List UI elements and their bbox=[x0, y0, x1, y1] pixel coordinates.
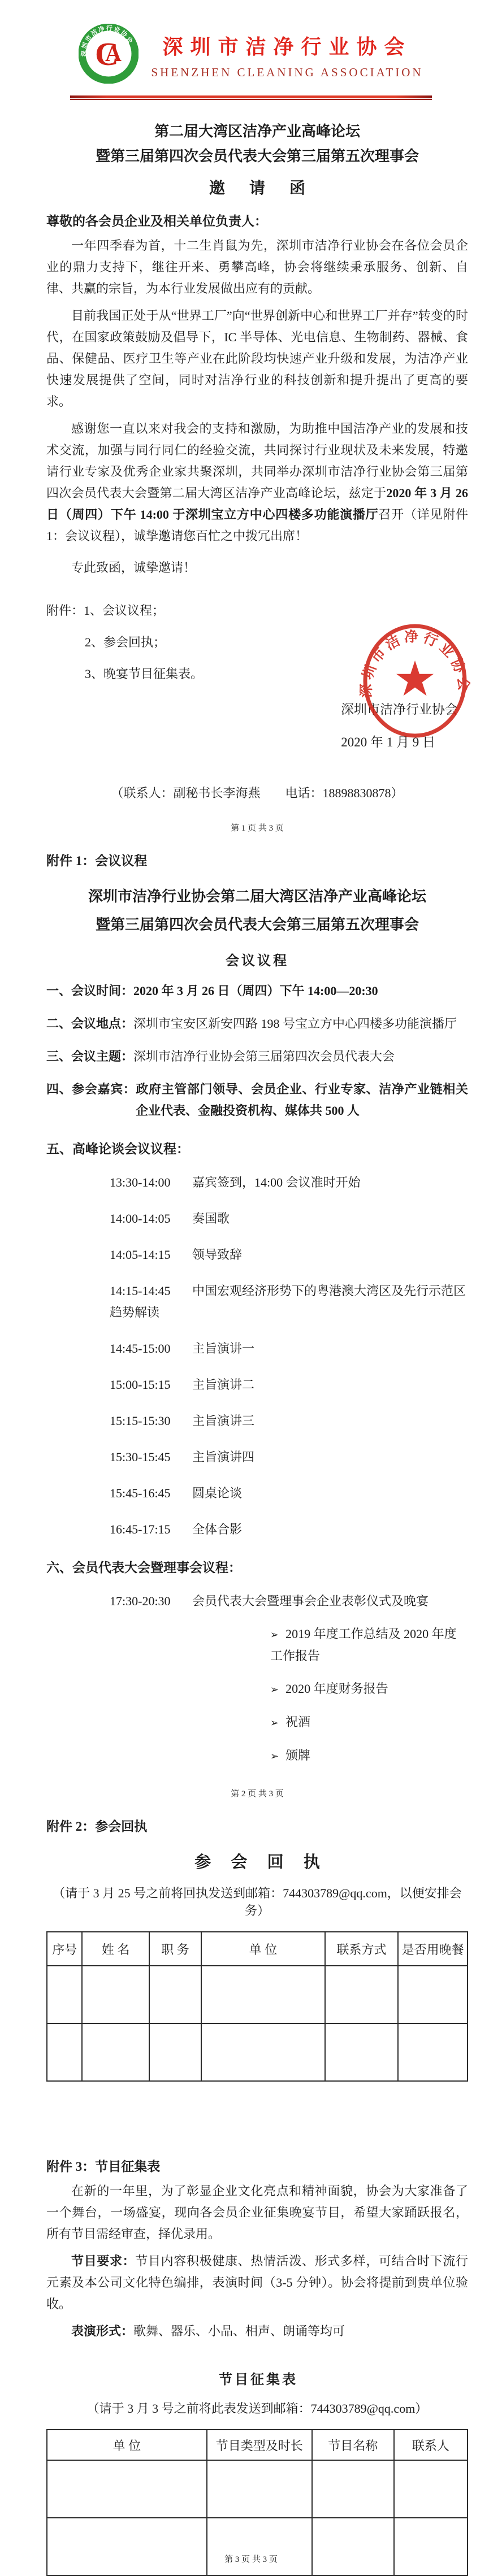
assembly-bullet-item: ➢2020 年度财务报告 bbox=[270, 1678, 468, 1700]
program-intro: 在新的一年里，为了彰显企业文化亮点和精神面貌，协会为大家准备了一个舞台，一场盛宴… bbox=[46, 2180, 468, 2245]
schedule-time: 13:30-14:00 bbox=[110, 1172, 192, 1193]
schedule-time: 14:05-14:15 bbox=[110, 1244, 192, 1266]
column-header: 联系方式 bbox=[325, 1932, 398, 1966]
program-style-label: 表演形式： bbox=[71, 2324, 133, 2338]
empty-cell bbox=[398, 2023, 468, 2081]
agenda-item2-text: 深圳市宝安区新安四路 198 号宝立方中心四楼多功能演播厅 bbox=[133, 1017, 457, 1031]
schedule-time: 14:45-15:00 bbox=[110, 1338, 192, 1359]
empty-cell bbox=[47, 1966, 82, 2023]
agenda-item-time: 一、会议时间：2020 年 3 月 26 日（周四）下午 14:00—20:30 bbox=[46, 980, 468, 1002]
schedule-time: 15:45-16:45 bbox=[110, 1483, 192, 1504]
table-row bbox=[47, 2518, 468, 2575]
agenda-item3-label: 三、会议主题： bbox=[46, 1049, 133, 1063]
column-header: 是否用晚餐 bbox=[398, 1932, 468, 1966]
bullet-text: 颁牌 bbox=[285, 1748, 310, 1762]
empty-cell bbox=[394, 2518, 468, 2575]
empty-cell bbox=[325, 2023, 398, 2081]
attachment-item-3: 3、晚宴节目征集表。 bbox=[46, 658, 468, 690]
schedule-row: 14:45-15:00主旨演讲一 bbox=[110, 1338, 468, 1359]
letter-title-line1: 第二届大湾区洁净产业高峰论坛 bbox=[46, 119, 468, 144]
table-header-row: 单 位 节目类型及时长 节目名称 联系人 bbox=[47, 2430, 468, 2460]
column-header: 单 位 bbox=[201, 1932, 325, 1966]
agenda-item-venue: 二、会议地点：深圳市宝安区新安四路 198 号宝立方中心四楼多功能演播厅 bbox=[46, 1013, 468, 1035]
agenda-item1-label: 一、会议时间： bbox=[46, 984, 133, 998]
forum-schedule-heading: 五、高峰论谈会议议程： bbox=[46, 1139, 468, 1157]
schedule-row: 16:45-17:15全体合影 bbox=[110, 1519, 468, 1540]
schedule-row: 13:30-14:00嘉宾签到，14:00 会议准时开始 bbox=[110, 1172, 468, 1193]
assembly-bullet-item: ➢2019 年度工作总结及 2020 年度工作报告 bbox=[270, 1623, 468, 1667]
schedule-time: 17:30-20:30 bbox=[110, 1591, 192, 1612]
column-header: 职 务 bbox=[149, 1932, 201, 1966]
signature-org: 深圳市洁净行业协会 bbox=[46, 693, 458, 726]
signature-date: 2020 年 1 月 9 日 bbox=[46, 726, 435, 759]
program-requirement-label: 节目要求： bbox=[71, 2254, 135, 2268]
invitation-document-page: 深圳市洁净行业协会 SHENZHEN CLEANING ASSOCIATION … bbox=[0, 0, 502, 2576]
schedule-event: 主旨演讲一 bbox=[192, 1341, 254, 1356]
column-header: 姓 名 bbox=[82, 1932, 149, 1966]
logo-monogram-a: A bbox=[105, 41, 122, 66]
agenda-title: 深圳市洁净行业协会第二届大湾区洁净产业高峰论坛 暨第三届第四次会员代表大会第三届… bbox=[46, 883, 468, 939]
empty-cell bbox=[149, 1966, 201, 2023]
assembly-bullet-item: ➢颁牌 bbox=[270, 1745, 468, 1767]
assembly-schedule-heading: 六、会员代表大会暨理事会议程： bbox=[46, 1557, 468, 1576]
table-row bbox=[47, 2023, 468, 2081]
schedule-row: 15:15-15:30主旨演讲三 bbox=[110, 1410, 468, 1432]
schedule-event: 主旨演讲三 bbox=[192, 1414, 254, 1428]
schedule-row: 17:30-20:30会员代表大会暨理事会企业表彰仪式及晚宴 bbox=[110, 1591, 468, 1612]
program-form-title: 节目征集表 bbox=[46, 2368, 468, 2388]
schedule-event: 领导致辞 bbox=[192, 1248, 242, 1262]
schedule-time: 14:00-14:05 bbox=[110, 1208, 192, 1230]
salutation: 尊敬的各会员企业及相关单位负责人： bbox=[46, 211, 468, 229]
empty-cell bbox=[394, 2460, 468, 2518]
schedule-time: 15:30-15:45 bbox=[110, 1446, 192, 1468]
table-row bbox=[47, 1966, 468, 2023]
attachment2-heading: 附件 2：参会回执 bbox=[46, 1816, 468, 1835]
document-body: 第二届大湾区洁净产业高峰论坛 暨第三届第四次会员代表大会第三届第五次理事会 邀 … bbox=[0, 119, 502, 2576]
reply-form-table: 序号 姓 名 职 务 单 位 联系方式 是否用晚餐 bbox=[46, 1931, 468, 2082]
attachment-1-text: 1、会议议程； bbox=[84, 603, 165, 618]
column-header: 序号 bbox=[47, 1932, 82, 1966]
association-logo: 深圳市洁净行业协会 SHENZHEN CLEANING ASSOCIATION … bbox=[79, 24, 139, 86]
schedule-event: 圆桌论谈 bbox=[192, 1486, 242, 1500]
empty-cell bbox=[398, 1966, 468, 2023]
empty-cell bbox=[82, 2023, 149, 2081]
agenda-title-line1: 深圳市洁净行业协会第二届大湾区洁净产业高峰论坛 bbox=[46, 883, 468, 911]
program-form-note: （请于 3 月 3 号之前将此表发送到邮箱：744303789@qq.com） bbox=[46, 2399, 468, 2417]
schedule-event: 会员代表大会暨理事会企业表彰仪式及晚宴 bbox=[192, 1594, 429, 1608]
schedule-row: 15:00-15:15主旨演讲二 bbox=[110, 1374, 468, 1396]
association-logo-icon: 深圳市洁净行业协会 SHENZHEN CLEANING ASSOCIATION … bbox=[79, 24, 139, 84]
agenda-subtitle: 会议议程 bbox=[46, 949, 468, 969]
letterhead: 深圳市洁净行业协会 SHENZHEN CLEANING ASSOCIATION … bbox=[0, 24, 502, 86]
letterhead-divider bbox=[70, 95, 432, 100]
column-header: 节目类型及时长 bbox=[207, 2430, 312, 2460]
empty-cell bbox=[201, 2023, 325, 2081]
schedule-time: 14:15-14:45 bbox=[110, 1280, 192, 1302]
arrow-bullet-icon: ➢ bbox=[270, 1684, 279, 1695]
schedule-row: 14:00-14:05奏国歌 bbox=[110, 1208, 468, 1230]
org-name-en: SHENZHEN CLEANING ASSOCIATION bbox=[151, 66, 423, 80]
org-name-cn: 深圳市洁净行业协会 bbox=[151, 31, 423, 60]
letterhead-titles: 深圳市洁净行业协会 SHENZHEN CLEANING ASSOCIATION bbox=[151, 31, 423, 80]
program-style-text: 歌舞、器乐、小品、相声、朗诵等均可 bbox=[133, 2324, 345, 2338]
reply-form-note: （请于 3 月 25 号之前将回执发送到邮箱：744303789@qq.com，… bbox=[46, 1884, 468, 1919]
program-style: 表演形式：歌舞、器乐、小品、相声、朗诵等均可 bbox=[46, 2321, 468, 2342]
column-header: 节目名称 bbox=[312, 2430, 394, 2460]
divider-line-thin bbox=[70, 99, 432, 100]
attachment-list: 附件：1、会议议程； 2、参会回执； 3、晚宴节目征集表。 bbox=[46, 595, 468, 690]
agenda-title-line2: 暨第三届第四次会员代表大会第三届第五次理事会 bbox=[46, 911, 468, 939]
arrow-bullet-icon: ➢ bbox=[270, 1717, 279, 1728]
agenda-item-theme: 三、会议主题：深圳市洁净行业协会第三届第四次会员代表大会 bbox=[46, 1046, 468, 1067]
empty-cell bbox=[207, 2518, 312, 2575]
closing-line: 专此致函，诚挚邀请！ bbox=[46, 558, 468, 576]
empty-cell bbox=[149, 2023, 201, 2081]
bullet-text: 2020 年度财务报告 bbox=[285, 1682, 388, 1696]
empty-cell bbox=[82, 1966, 149, 2023]
attachments-label: 附件： bbox=[46, 603, 84, 618]
schedule-row: 15:30-15:45主旨演讲四 bbox=[110, 1446, 468, 1468]
program-requirement: 节目要求：节目内容积极健康、热情活泼、形式多样，可结合时下流行元素及本公司文化特… bbox=[46, 2251, 468, 2315]
agenda-item4-text: 政府主管部门领导、会员企业、行业专家、洁净产业链相关企业代表、金融投资机构、媒体… bbox=[136, 1082, 468, 1118]
schedule-row: 14:05-14:15领导致辞 bbox=[110, 1244, 468, 1266]
bullet-text: 祝酒 bbox=[285, 1715, 310, 1729]
schedule-event: 奏国歌 bbox=[192, 1211, 230, 1226]
table-header-row: 序号 姓 名 职 务 单 位 联系方式 是否用晚餐 bbox=[47, 1932, 468, 1966]
empty-cell bbox=[201, 1966, 325, 2023]
letter-paragraph-2: 目前我国正处于从“世界工厂”向“世界创新中心和世界工厂并存”转变的时代，在国家政… bbox=[46, 305, 468, 412]
empty-cell bbox=[312, 2460, 394, 2518]
assembly-bullet-item: ➢祝酒 bbox=[270, 1711, 468, 1734]
attachment1-heading: 附件 1：会议议程 bbox=[46, 850, 468, 869]
agenda-item3-text: 深圳市洁净行业协会第三届第四次会员代表大会 bbox=[133, 1049, 395, 1063]
attachment-item-1: 附件：1、会议议程； bbox=[46, 595, 468, 627]
schedule-event: 主旨演讲四 bbox=[192, 1450, 254, 1464]
attachment-item-2: 2、参会回执； bbox=[46, 627, 468, 658]
schedule-time: 16:45-17:15 bbox=[110, 1519, 192, 1540]
arrow-bullet-icon: ➢ bbox=[270, 1750, 279, 1762]
empty-cell bbox=[47, 2023, 82, 2081]
letter-title-line2: 暨第三届第四次会员代表大会第三届第五次理事会 bbox=[46, 144, 468, 169]
empty-cell bbox=[325, 1966, 398, 2023]
bullet-text: 2019 年度工作总结及 2020 年度工作报告 bbox=[270, 1627, 457, 1663]
letter-paragraph-1: 一年四季春为首，十二生肖鼠为先，深圳市洁净行业协会在各位会员企业的鼎力支持下，继… bbox=[46, 235, 468, 299]
contact-line: （联系人：副秘书长李海燕 电话：18898830878） bbox=[46, 784, 468, 801]
agenda-item2-label: 二、会议地点： bbox=[46, 1017, 133, 1031]
arrow-bullet-icon: ➢ bbox=[270, 1629, 279, 1640]
schedule-row: 14:15-14:45中国宏观经济形势下的粤港澳大湾区及先行示范区趋势解读 bbox=[110, 1280, 468, 1323]
schedule-event: 主旨演讲二 bbox=[192, 1378, 254, 1392]
agenda-item-guests: 四、参会嘉宾：政府主管部门领导、会员企业、行业专家、洁净产业链相关企业代表、金融… bbox=[46, 1079, 468, 1122]
letter-paragraph-3: 感谢您一直以来对我会的支持和激励，为助推中国洁净产业的发展和技术交流，加强与同行… bbox=[46, 418, 468, 547]
empty-cell bbox=[312, 2518, 394, 2575]
page1-footer: 第 1 页 共 3 页 bbox=[46, 822, 468, 833]
agenda-item1-text: 2020 年 3 月 26 日（周四）下午 14:00—20:30 bbox=[133, 984, 378, 998]
schedule-event: 全体合影 bbox=[192, 1522, 242, 1536]
signature-block: 深圳市洁净行业协会 ★ 深圳市洁净行业协会 2020 年 1 月 9 日 bbox=[46, 693, 468, 759]
empty-cell bbox=[47, 2518, 207, 2575]
empty-cell bbox=[207, 2460, 312, 2518]
invitation-heading: 邀 请 函 bbox=[46, 176, 468, 198]
empty-cell bbox=[47, 2460, 207, 2518]
attachment3-heading: 附件 3：节目征集表 bbox=[46, 2156, 468, 2175]
page3-footer: 第 3 页 共 3 页 bbox=[0, 2553, 502, 2565]
column-header: 联系人 bbox=[394, 2430, 468, 2460]
column-header: 单 位 bbox=[47, 2430, 207, 2460]
table-row bbox=[47, 2460, 468, 2518]
reply-form-title: 参 会 回 执 bbox=[46, 1849, 468, 1873]
schedule-time: 15:15-15:30 bbox=[110, 1410, 192, 1432]
divider-line-thick bbox=[70, 95, 432, 98]
schedule-event: 嘉宾签到，14:00 会议准时开始 bbox=[192, 1175, 361, 1189]
agenda-item4-label: 四、参会嘉宾： bbox=[46, 1082, 136, 1096]
schedule-row: 15:45-16:45圆桌论谈 bbox=[110, 1483, 468, 1504]
schedule-time: 15:00-15:15 bbox=[110, 1374, 192, 1396]
page2-footer: 第 2 页 共 3 页 bbox=[46, 1787, 468, 1799]
